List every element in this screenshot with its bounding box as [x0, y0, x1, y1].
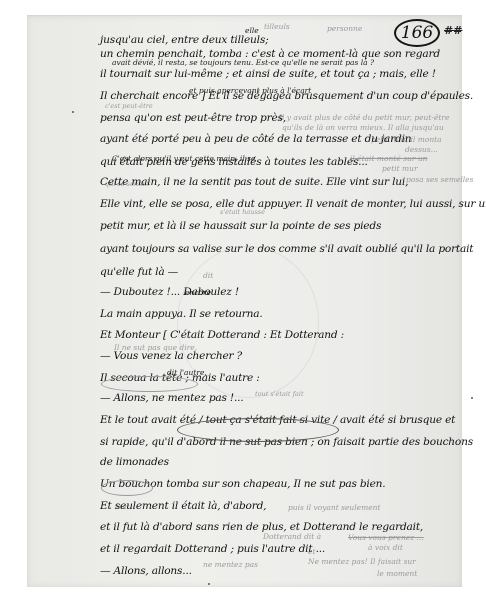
pencil-circle-mark: [101, 480, 153, 496]
pencil-note: personne: [327, 24, 362, 33]
pencil-note: dessus...: [405, 145, 438, 154]
manuscript-line: Et Monteur [ C'était Dotterand : Et Dott…: [100, 329, 344, 341]
manuscript-line: Il cherchait encore ] Et il se dégagea b…: [100, 90, 473, 102]
struck-corner-mark: ##: [444, 24, 462, 37]
speck: [208, 583, 210, 585]
manuscript-line: et il regardait Dotterand ; puis l'autre…: [100, 543, 325, 555]
pencil-note: ne mentez pas: [203, 560, 258, 569]
pencil-note: petit mur: [382, 164, 418, 173]
manuscript-line: Cette main, il ne la sentit pas tout de …: [100, 176, 408, 188]
manuscript-line: Et seulement il était là, d'abord,: [100, 500, 266, 512]
manuscript-line: ayant été porté peu à peu de côté de la …: [100, 133, 411, 145]
manuscript-line: un chemin penchait, tomba : c'est à ce m…: [100, 48, 440, 60]
pencil-note: Dotterand dit à: [263, 532, 321, 541]
manuscript-line: qui était plein de gens installés à tout…: [100, 156, 368, 168]
pencil-circle-mark: [101, 376, 198, 392]
pencil-note: le moment: [377, 569, 417, 578]
manuscript-line: — Duboutez !... Daboulez !: [100, 286, 239, 298]
page-number: 166: [394, 19, 440, 47]
pencil-note: tilleuls: [264, 22, 290, 31]
manuscript-line: jusqu'au ciel, entre deux tilleuls;: [100, 34, 268, 46]
manuscript-line: ayant toujours sa valise sur le dos comm…: [100, 243, 473, 255]
manuscript-line: petit mur, et là il se haussait sur la p…: [100, 220, 381, 232]
manuscript-line: — Vous venez la chercher ?: [100, 350, 242, 362]
speck: [471, 397, 473, 399]
pencil-note-struck: Vous vous prenez ...: [348, 533, 424, 542]
manuscript-line: il tournait sur lui-même ; et ainsi de s…: [100, 68, 436, 80]
manuscript-line: La main appuya. Il se retourna.: [100, 308, 263, 320]
manuscript-line: Elle vint, elle se posa, elle dut appuye…: [100, 198, 486, 210]
manuscript-line: — Allons, ne mentez pas !...: [100, 392, 244, 404]
pencil-note: c'est peut-être: [105, 102, 153, 110]
manuscript-line: qu'elle fut là —: [100, 266, 178, 278]
pencil-note: posa ses semelles: [406, 175, 473, 184]
ink-circle-mark: [177, 418, 339, 442]
manuscript-page: 166 ## tilleuls personne c'est peut-être…: [27, 15, 462, 587]
pencil-note: Ne mentez pas! Il faisait sur: [308, 557, 416, 566]
manuscript-line: — Allons, allons...: [100, 565, 192, 577]
manuscript-line: de limonades: [100, 456, 169, 468]
pencil-note: dit: [203, 271, 213, 280]
pencil-note: qu'ils de là on verra mieux. Il alla jus…: [282, 123, 444, 132]
speck: [72, 111, 74, 113]
pencil-note: à voix dit: [368, 543, 403, 552]
manuscript-line: et il fut là d'abord sans rien de plus, …: [100, 521, 423, 533]
pencil-note: puis il voyant seulement: [288, 503, 380, 512]
manuscript-line: pensa qu'on est peut-être trop près,: [100, 112, 286, 124]
pencil-note: Il y avait plus de côté du petit mur, pe…: [279, 113, 449, 122]
pencil-note: tout s'était fait: [255, 390, 304, 398]
